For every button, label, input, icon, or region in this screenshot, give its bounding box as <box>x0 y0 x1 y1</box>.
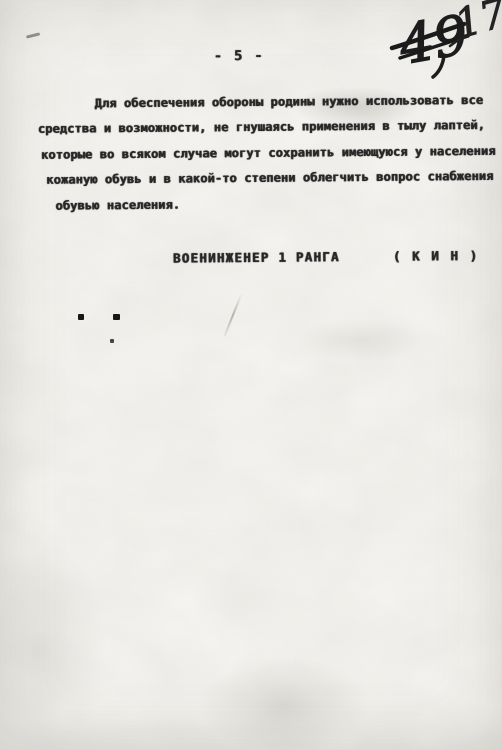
ink-spot <box>110 339 114 343</box>
typewritten-content: - 5 - Для обеспечения обороны родины нуж… <box>0 0 502 750</box>
paragraph-line: Для обеспечения обороны родины нужно исп… <box>94 88 499 117</box>
scanned-document-page: - 5 - Для обеспечения обороны родины нуж… <box>0 0 502 750</box>
paragraph-line: кожаную обувь и в какой-то степени облег… <box>46 164 500 193</box>
paragraph-line: которые во всяком случае могут сохранить… <box>41 139 500 168</box>
new-page-number: 177 <box>450 0 502 48</box>
signature-rank: ВОЕНИНЖЕНЕР 1 РАНГА <box>173 249 340 265</box>
paragraph-line: средства и возможности, не гнушаясь прим… <box>38 113 500 142</box>
signature-name: ( К И Н ) <box>393 248 479 264</box>
ink-spot <box>113 314 120 320</box>
paragraph-line: обувью населения. <box>55 189 500 218</box>
handwritten-page-numbers: 49 177 <box>388 0 502 92</box>
ink-spot <box>78 314 84 320</box>
body-paragraph: Для обеспечения обороны родины нужно исп… <box>37 88 500 219</box>
page-number: - 5 - <box>179 48 299 65</box>
